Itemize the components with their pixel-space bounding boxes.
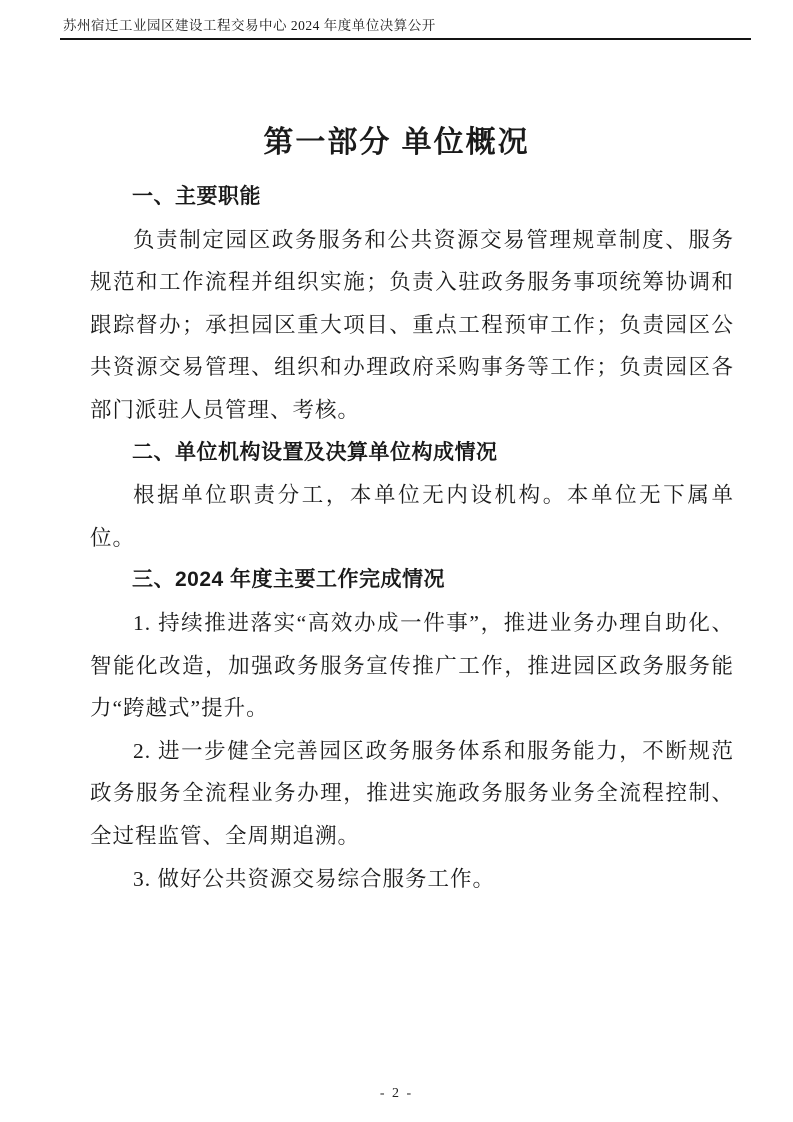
page-header: 苏州宿迁工业园区建设工程交易中心 2024 年度单位决算公开 bbox=[60, 17, 751, 40]
section-heading-2024-work: 三、2024 年度主要工作完成情况 bbox=[90, 559, 734, 602]
section-heading-main-functions: 一、主要职能 bbox=[90, 176, 734, 219]
page-footer: - 2 - bbox=[0, 1086, 793, 1102]
paragraph: 负责制定园区政务服务和公共资源交易管理规章制度、服务规范和工作流程并组织实施；负… bbox=[90, 219, 734, 432]
page-title: 第一部分 单位概况 bbox=[0, 124, 793, 162]
section-heading-org-structure: 二、单位机构设置及决算单位构成情况 bbox=[90, 432, 734, 475]
page-number: - 2 - bbox=[380, 1086, 413, 1101]
paragraph: 1. 持续推进落实“高效办成一件事”，推进业务办理自助化、智能化改造，加强政务服… bbox=[90, 602, 734, 730]
paragraph: 3. 做好公共资源交易综合服务工作。 bbox=[90, 858, 734, 901]
paragraph: 2. 进一步健全完善园区政务服务体系和服务能力，不断规范政务服务全流程业务办理，… bbox=[90, 730, 734, 858]
document-body: 一、主要职能 负责制定园区政务服务和公共资源交易管理规章制度、服务规范和工作流程… bbox=[90, 176, 734, 900]
header-text: 苏州宿迁工业园区建设工程交易中心 2024 年度单位决算公开 bbox=[63, 18, 436, 33]
document-page: 苏州宿迁工业园区建设工程交易中心 2024 年度单位决算公开 第一部分 单位概况… bbox=[0, 0, 793, 1122]
paragraph: 根据单位职责分工，本单位无内设机构。本单位无下属单位。 bbox=[90, 474, 734, 559]
